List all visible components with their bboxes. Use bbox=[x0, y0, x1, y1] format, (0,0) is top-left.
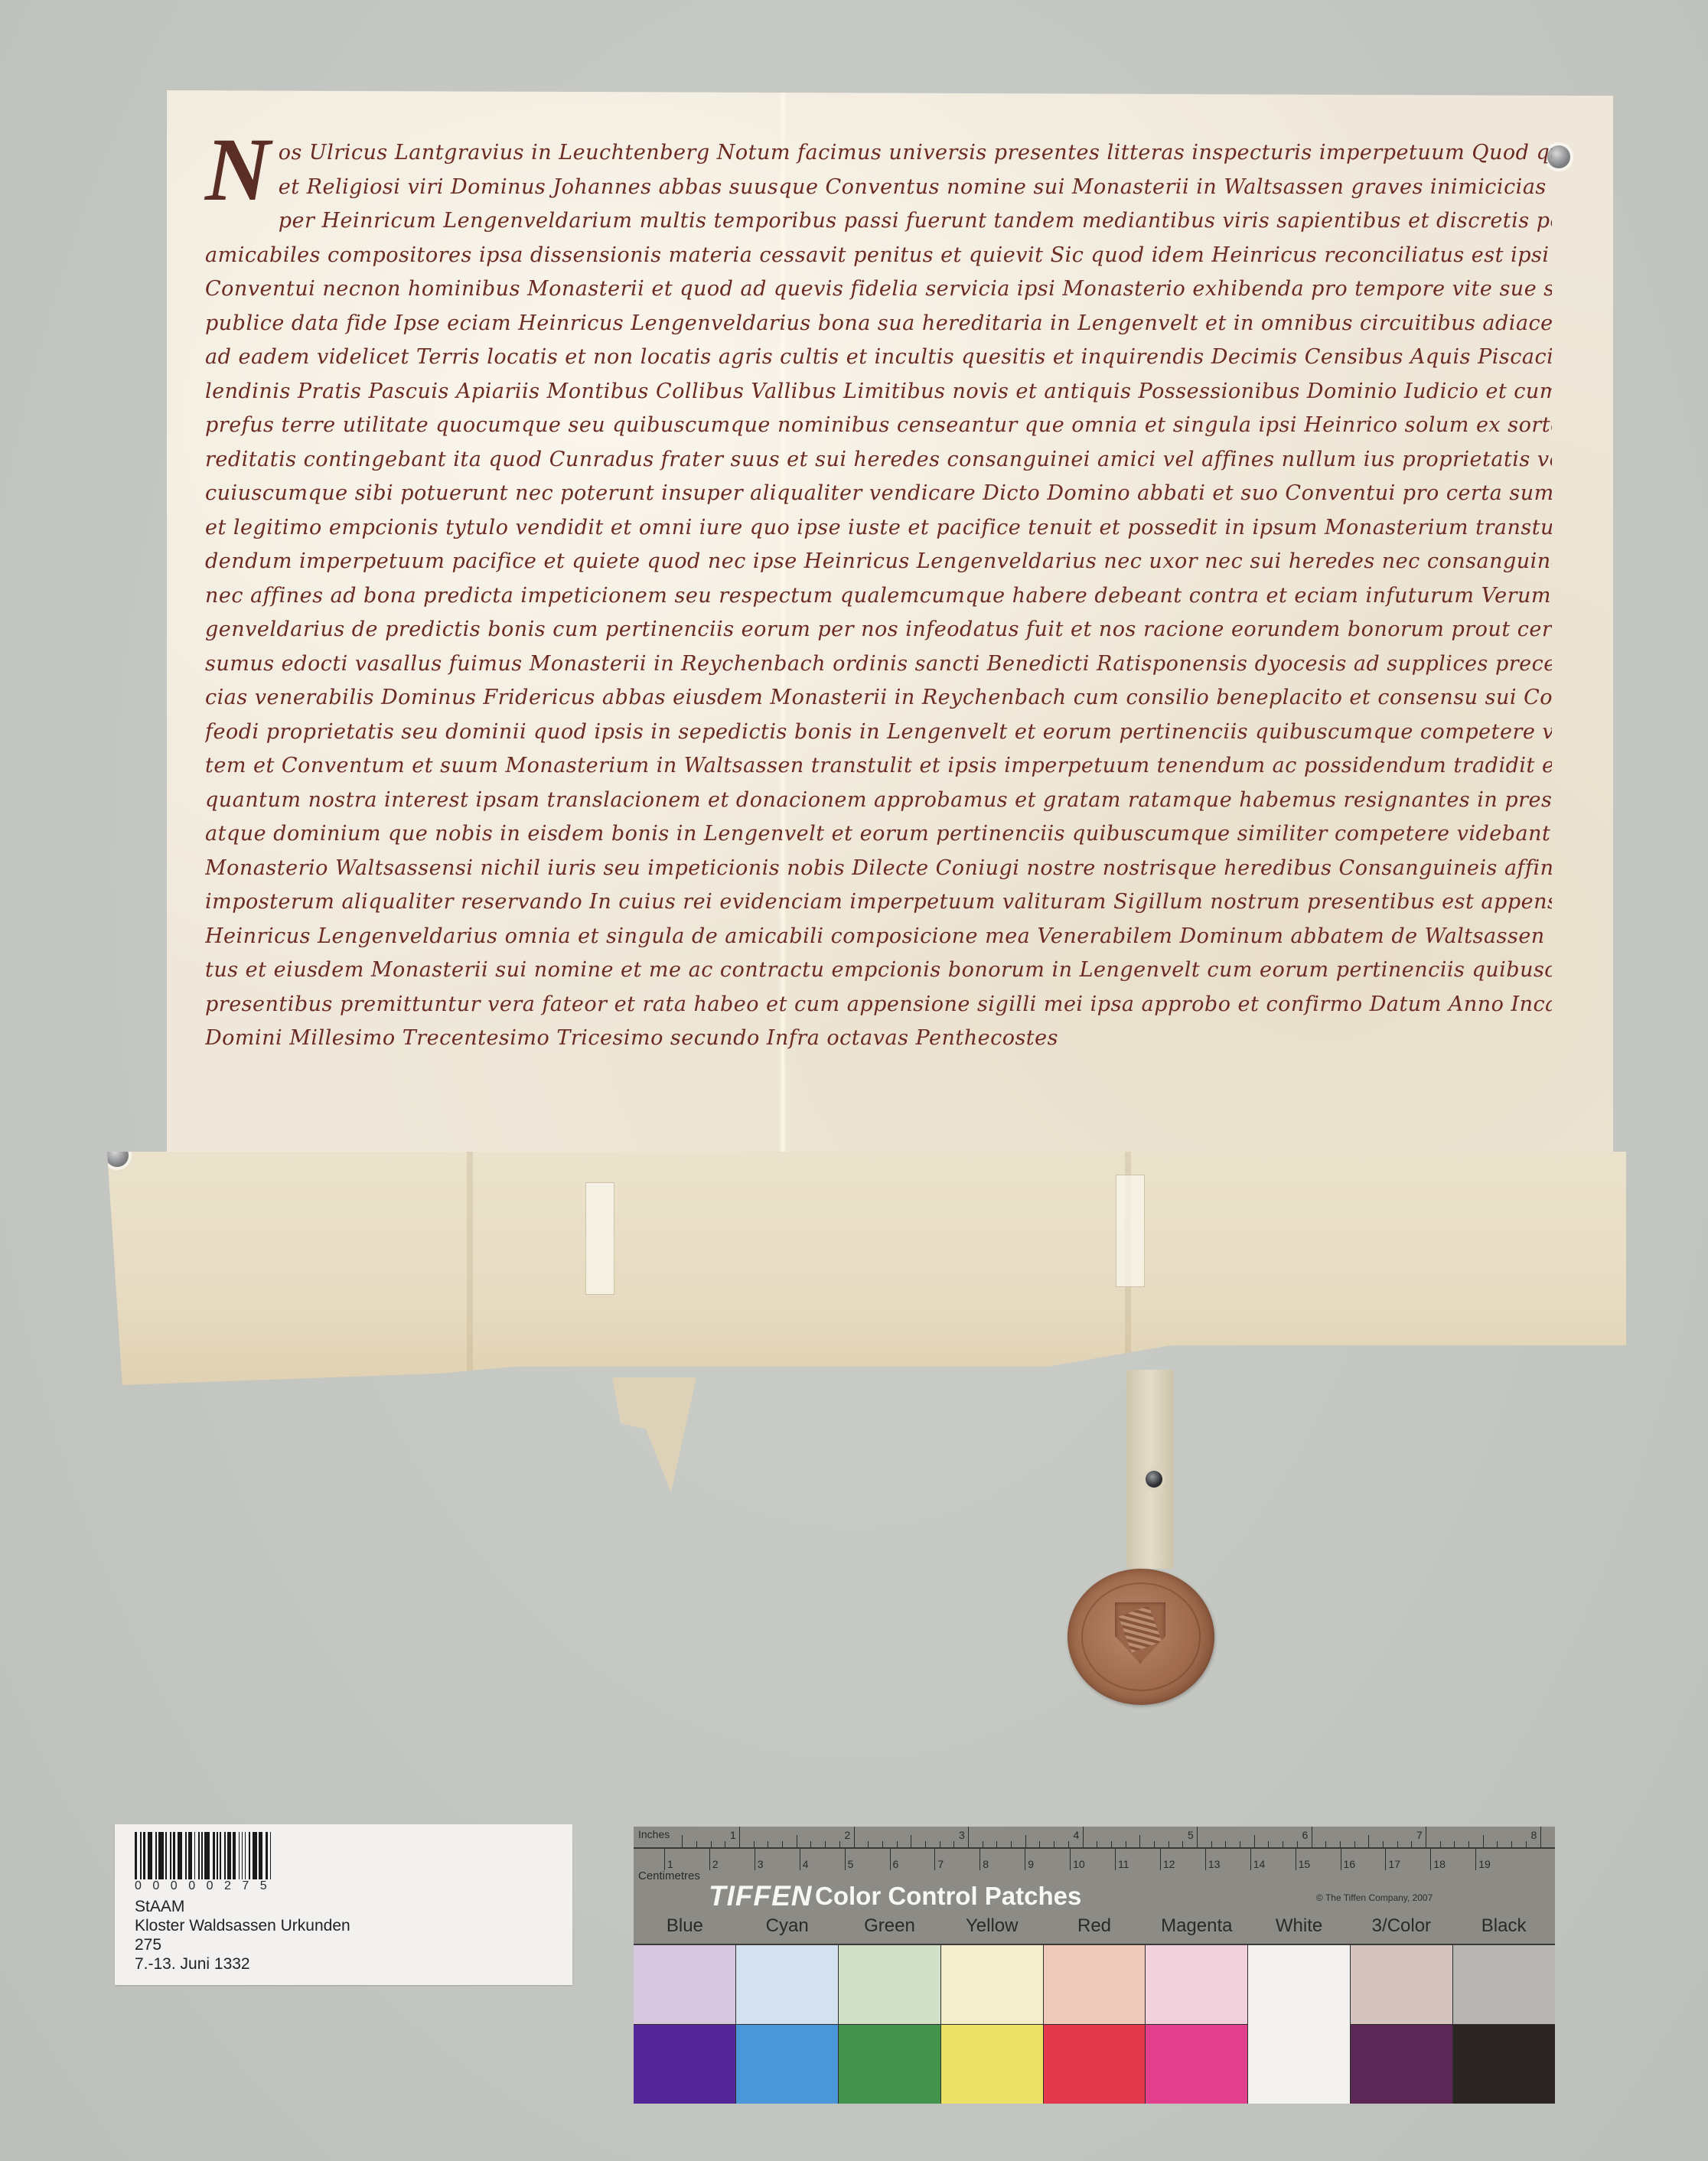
cm-tick-label: 16 bbox=[1344, 1858, 1356, 1870]
barcode-bar bbox=[224, 1832, 226, 1879]
inch-minor-tick bbox=[1468, 1841, 1469, 1847]
patch-label: 3/Color bbox=[1350, 1915, 1452, 1937]
inch-minor-tick bbox=[1011, 1841, 1012, 1847]
inch-minor-tick bbox=[1240, 1841, 1240, 1847]
barcode-bar bbox=[173, 1832, 175, 1879]
manuscript-line: prefus terre utilitate quocumque seu qui… bbox=[205, 409, 1552, 443]
inch-minor-tick bbox=[682, 1835, 683, 1847]
barcode-bar bbox=[227, 1832, 231, 1879]
manuscript-line: Domini Millesimo Trecentesimo Tricesimo … bbox=[205, 1022, 1552, 1056]
inch-tick bbox=[1312, 1827, 1312, 1847]
patch-column-black bbox=[1453, 1945, 1555, 2104]
torn-tag bbox=[612, 1377, 696, 1492]
patch-column-yellow bbox=[941, 1945, 1044, 2104]
plica-fold bbox=[107, 1152, 1626, 1385]
inches-caption: Inches bbox=[638, 1828, 670, 1840]
barcode-bar bbox=[170, 1832, 171, 1879]
manuscript-line: presentibus premittuntur vera fateor et … bbox=[205, 988, 1552, 1022]
cm-tick-label: 3 bbox=[758, 1858, 764, 1870]
inch-minor-tick bbox=[911, 1835, 911, 1847]
barcode-bar bbox=[266, 1832, 268, 1879]
inch-tick bbox=[1540, 1827, 1541, 1847]
manuscript-line: os Ulricus Lantgravius in Leuchtenberg N… bbox=[279, 136, 1552, 171]
manuscript-line: publice data fide Ipse eciam Heinricus L… bbox=[205, 307, 1552, 341]
inch-tick-label: 3 bbox=[959, 1829, 965, 1841]
barcode-bar bbox=[249, 1832, 250, 1879]
manuscript-line: Conventui necnon hominibus Monasterii et… bbox=[205, 272, 1552, 307]
inch-minor-tick bbox=[925, 1841, 926, 1847]
barcode-bar bbox=[140, 1832, 142, 1879]
plica-crease-left bbox=[467, 1152, 473, 1385]
cm-tick-label: 10 bbox=[1073, 1858, 1085, 1870]
inch-minor-tick bbox=[725, 1841, 725, 1847]
inch-minor-tick bbox=[1139, 1835, 1140, 1847]
inch-minor-tick bbox=[983, 1841, 983, 1847]
archive-name: StAAM bbox=[135, 1897, 350, 1916]
barcode-bar bbox=[213, 1832, 215, 1879]
inch-tick bbox=[968, 1827, 969, 1847]
cm-tick-label: 13 bbox=[1208, 1858, 1221, 1870]
color-patch-dark bbox=[1146, 2025, 1247, 2104]
cm-tick bbox=[1250, 1849, 1251, 1870]
patch-labels: BlueCyanGreenYellowRedMagentaWhite3/Colo… bbox=[634, 1915, 1555, 1937]
patch-label: Blue bbox=[634, 1915, 736, 1937]
cm-tick bbox=[755, 1849, 755, 1870]
inch-minor-tick bbox=[1054, 1841, 1054, 1847]
inch-tick-label: 2 bbox=[845, 1829, 851, 1841]
patch-label: Magenta bbox=[1146, 1915, 1248, 1937]
manuscript-line: Heinricus Lengenveldarius omnia et singu… bbox=[205, 920, 1552, 954]
cm-tick bbox=[1341, 1849, 1341, 1870]
manuscript-line: cuiuscumque sibi potuerunt nec poterunt … bbox=[205, 477, 1552, 511]
cm-tick bbox=[1430, 1849, 1431, 1870]
patch-label: Black bbox=[1452, 1915, 1555, 1937]
color-patch-dark bbox=[1351, 2025, 1452, 2104]
color-patch-dark bbox=[941, 2025, 1043, 2104]
manuscript-line: feodi proprietatis seu dominii quod ipsi… bbox=[205, 715, 1552, 750]
ruler-centimetres: 12345678910111213141516171819 bbox=[634, 1849, 1555, 1872]
color-patch-dark bbox=[1044, 2025, 1146, 2104]
cm-tick-label: 19 bbox=[1478, 1858, 1491, 1870]
cm-tick bbox=[845, 1849, 846, 1870]
manuscript-line: tem et Conventum et suum Monasterium in … bbox=[205, 749, 1552, 784]
inch-minor-tick bbox=[1097, 1841, 1097, 1847]
color-patch-dark bbox=[736, 2025, 838, 2104]
cm-tick-label: 9 bbox=[1028, 1858, 1034, 1870]
cm-tick-label: 14 bbox=[1253, 1858, 1266, 1870]
inch-minor-tick bbox=[1454, 1841, 1455, 1847]
color-patch-light bbox=[839, 1945, 940, 2025]
charter-parchment: N os Ulricus Lantgravius in Leuchtenberg… bbox=[167, 90, 1613, 1177]
cm-tick bbox=[1160, 1849, 1161, 1870]
strap-pin-icon bbox=[1146, 1471, 1162, 1488]
card-title: Color Control Patches bbox=[815, 1882, 1081, 1911]
manuscript-line: nec affines ad bona predicta impeticione… bbox=[205, 579, 1552, 614]
centimetres-caption: Centimetres bbox=[638, 1869, 700, 1882]
manuscript-line: reditatis contingebant ita quod Cunradus… bbox=[205, 443, 1552, 478]
inch-minor-tick bbox=[754, 1841, 755, 1847]
inch-tick-label: 5 bbox=[1188, 1829, 1194, 1841]
manuscript-line: dendum imperpetuum pacifice et quiete qu… bbox=[205, 545, 1552, 579]
inch-minor-tick bbox=[882, 1841, 883, 1847]
seal-slit-left bbox=[585, 1182, 614, 1295]
inch-tick-label: 6 bbox=[1302, 1829, 1309, 1841]
barcode-bar bbox=[143, 1832, 145, 1879]
cm-tick bbox=[890, 1849, 891, 1870]
inch-minor-tick bbox=[1126, 1841, 1126, 1847]
cm-tick-label: 11 bbox=[1118, 1858, 1129, 1870]
cm-tick bbox=[1115, 1849, 1116, 1870]
label-lines: StAAM Kloster Waldsassen Urkunden 275 7.… bbox=[135, 1897, 350, 1974]
cm-tick bbox=[1475, 1849, 1476, 1870]
manuscript-line: et legitimo empcionis tytulo vendidit et… bbox=[205, 511, 1552, 546]
inch-minor-tick bbox=[839, 1841, 840, 1847]
cm-tick bbox=[979, 1849, 980, 1870]
inch-minor-tick bbox=[1483, 1835, 1484, 1847]
seal-strap bbox=[1126, 1370, 1174, 1569]
barcode-bar bbox=[259, 1832, 262, 1879]
barcode-bar bbox=[135, 1832, 137, 1879]
inch-minor-tick bbox=[1397, 1841, 1398, 1847]
manuscript-line: atque dominium que nobis in eisdem bonis… bbox=[205, 817, 1552, 852]
barcode-bar bbox=[194, 1832, 196, 1879]
inch-tick bbox=[1083, 1827, 1084, 1847]
catalog-label: 00000275 StAAM Kloster Waldsassen Urkund… bbox=[115, 1824, 572, 1985]
barcode-bar bbox=[220, 1832, 221, 1879]
inch-minor-tick bbox=[1111, 1841, 1112, 1847]
cm-tick-label: 15 bbox=[1299, 1858, 1311, 1870]
color-patch-light bbox=[634, 1945, 735, 2025]
patch-label: Yellow bbox=[940, 1915, 1043, 1937]
inch-minor-tick bbox=[1511, 1841, 1512, 1847]
cm-tick-label: 1 bbox=[667, 1858, 673, 1870]
color-control-card: Inches 12345678 123456789101112131415161… bbox=[634, 1827, 1555, 2102]
patch-label: Green bbox=[839, 1915, 941, 1937]
inch-minor-tick bbox=[1169, 1841, 1169, 1847]
mounting-pin-left-icon bbox=[84, 145, 107, 168]
inch-minor-tick bbox=[1039, 1841, 1040, 1847]
barcode-bar bbox=[188, 1832, 192, 1879]
inch-tick bbox=[854, 1827, 855, 1847]
inch-minor-tick bbox=[1354, 1841, 1355, 1847]
barcode-bar bbox=[245, 1832, 246, 1879]
manuscript-line: ad eadem videlicet Terris locatis et non… bbox=[205, 341, 1552, 375]
mounting-pin-bottom-icon bbox=[106, 1144, 129, 1167]
color-patch-dark bbox=[1453, 2025, 1555, 2104]
patch-label: White bbox=[1248, 1915, 1351, 1937]
cm-tick bbox=[1205, 1849, 1206, 1870]
cm-tick-label: 4 bbox=[803, 1858, 809, 1870]
barcode-bar bbox=[178, 1832, 182, 1879]
inch-minor-tick bbox=[897, 1841, 898, 1847]
patch-column-3-color bbox=[1351, 1945, 1453, 2104]
inch-tick bbox=[1426, 1827, 1426, 1847]
barcode-bar bbox=[270, 1832, 272, 1879]
inch-tick-label: 1 bbox=[730, 1829, 736, 1841]
color-patch-dark bbox=[634, 2025, 735, 2104]
cm-tick bbox=[1385, 1849, 1386, 1870]
inch-minor-tick bbox=[1411, 1841, 1412, 1847]
cm-tick bbox=[934, 1849, 935, 1870]
cm-tick-label: 8 bbox=[983, 1858, 989, 1870]
inch-minor-tick bbox=[797, 1835, 797, 1847]
manuscript-line: Monasterio Waltsassensi nichil iuris seu… bbox=[205, 852, 1552, 886]
barcode-bar bbox=[204, 1832, 209, 1879]
cm-tick-label: 5 bbox=[848, 1858, 854, 1870]
color-patch-light bbox=[1351, 1945, 1452, 2025]
card-copyright: © The Tiffen Company, 2007 bbox=[1316, 1892, 1433, 1903]
barcode-bar bbox=[148, 1832, 152, 1879]
barcode-bar bbox=[239, 1832, 240, 1879]
inch-minor-tick bbox=[1340, 1841, 1341, 1847]
manuscript-line: cias venerabilis Dominus Fridericus abba… bbox=[205, 681, 1552, 715]
cm-tick-label: 6 bbox=[893, 1858, 899, 1870]
patch-column-blue bbox=[634, 1945, 736, 2104]
barcode-bar bbox=[217, 1832, 218, 1879]
document-number: 275 bbox=[135, 1935, 350, 1954]
seal-slit-right bbox=[1116, 1175, 1145, 1287]
barcode-bar bbox=[165, 1832, 167, 1879]
inch-minor-tick bbox=[1225, 1841, 1226, 1847]
inch-minor-tick bbox=[1497, 1841, 1498, 1847]
wax-seal-icon bbox=[1067, 1569, 1214, 1705]
inch-minor-tick bbox=[1268, 1841, 1269, 1847]
color-patch-light bbox=[1453, 1945, 1555, 2025]
patch-column-white bbox=[1248, 1945, 1351, 2104]
manuscript-line: genveldarius de predictis bonis cum pert… bbox=[205, 613, 1552, 647]
manuscript-line: quantum nostra interest ipsam translacio… bbox=[205, 784, 1552, 818]
ruler-inches: Inches 12345678 bbox=[634, 1827, 1555, 1849]
cm-tick bbox=[709, 1849, 710, 1870]
color-patch-light bbox=[1146, 1945, 1247, 2025]
inch-tick-label: 8 bbox=[1531, 1829, 1537, 1841]
inch-minor-tick bbox=[953, 1841, 954, 1847]
inch-minor-tick bbox=[1283, 1841, 1283, 1847]
color-patch-light bbox=[736, 1945, 838, 2025]
inch-minor-tick bbox=[1254, 1835, 1255, 1847]
inch-minor-tick bbox=[868, 1841, 869, 1847]
cm-tick-label: 7 bbox=[937, 1858, 944, 1870]
inch-minor-tick bbox=[782, 1841, 783, 1847]
barcode-bar bbox=[242, 1832, 243, 1879]
cm-tick bbox=[1025, 1849, 1025, 1870]
cm-tick bbox=[1070, 1849, 1071, 1870]
manuscript-line: tus et eiusdem Monasterii sui nomine et … bbox=[205, 953, 1552, 988]
inch-minor-tick bbox=[1068, 1841, 1069, 1847]
patch-grid bbox=[634, 1944, 1555, 2104]
manuscript-line: sumus edocti vasallus fuimus Monasterii … bbox=[205, 647, 1552, 682]
barcode-bar bbox=[201, 1832, 203, 1879]
color-patch-dark bbox=[839, 2025, 940, 2104]
collection-name: Kloster Waldsassen Urkunden bbox=[135, 1916, 350, 1935]
patch-column-green bbox=[839, 1945, 941, 2104]
manuscript-line: amicabiles compositores ipsa dissensioni… bbox=[205, 239, 1552, 273]
inch-minor-tick bbox=[1211, 1841, 1212, 1847]
inch-minor-tick bbox=[1368, 1835, 1369, 1847]
inch-tick bbox=[1197, 1827, 1198, 1847]
cm-tick-label: 2 bbox=[712, 1858, 719, 1870]
inch-minor-tick bbox=[996, 1841, 997, 1847]
charter-text: N os Ulricus Lantgravius in Leuchtenberg… bbox=[205, 136, 1552, 1056]
patch-column-red bbox=[1044, 1945, 1146, 2104]
patch-column-magenta bbox=[1146, 1945, 1248, 2104]
color-patch-light bbox=[941, 1945, 1043, 2025]
inch-minor-tick bbox=[825, 1841, 826, 1847]
color-patch-light bbox=[1044, 1945, 1146, 2025]
inch-minor-tick bbox=[940, 1841, 940, 1847]
inch-minor-tick bbox=[696, 1841, 697, 1847]
patch-column-cyan bbox=[736, 1945, 839, 2104]
inch-tick-label: 4 bbox=[1074, 1829, 1080, 1841]
manuscript-line: lendinis Pratis Pascuis Apiariis Montibu… bbox=[205, 375, 1552, 409]
inch-minor-tick bbox=[1297, 1841, 1298, 1847]
inch-minor-tick bbox=[1440, 1841, 1441, 1847]
document-date: 7.-13. Juni 1332 bbox=[135, 1954, 350, 1974]
inch-minor-tick bbox=[1383, 1841, 1384, 1847]
cm-tick bbox=[664, 1849, 665, 1870]
barcode-bar bbox=[155, 1832, 157, 1879]
cm-tick bbox=[800, 1849, 800, 1870]
manuscript-line: imposterum aliqualiter reservando In cui… bbox=[205, 885, 1552, 920]
decorated-initial: N bbox=[205, 132, 271, 208]
barcode-bar bbox=[158, 1832, 163, 1879]
inch-minor-tick bbox=[810, 1841, 811, 1847]
inch-minor-tick bbox=[1325, 1841, 1326, 1847]
inch-minor-tick bbox=[1025, 1835, 1026, 1847]
inch-minor-tick bbox=[768, 1841, 768, 1847]
barcode-bar bbox=[198, 1832, 200, 1879]
barcode-bar bbox=[233, 1832, 235, 1879]
barcode-icon bbox=[135, 1832, 273, 1879]
barcode-bar bbox=[185, 1832, 187, 1879]
inch-minor-tick bbox=[1526, 1841, 1527, 1847]
inch-minor-tick bbox=[1182, 1841, 1183, 1847]
inch-minor-tick bbox=[711, 1841, 712, 1847]
tiffen-logo: TIFFEN bbox=[709, 1880, 812, 1912]
barcode-bar bbox=[253, 1832, 257, 1879]
manuscript-line: per Heinricum Lengenveldarium multis tem… bbox=[279, 204, 1552, 239]
barcode-number: 00000275 bbox=[135, 1879, 278, 1893]
patch-label: Cyan bbox=[736, 1915, 839, 1937]
cm-tick-label: 12 bbox=[1163, 1858, 1175, 1870]
inch-minor-tick bbox=[1154, 1841, 1155, 1847]
inch-tick bbox=[739, 1827, 740, 1847]
cm-tick bbox=[1296, 1849, 1296, 1870]
inch-tick-label: 7 bbox=[1416, 1829, 1423, 1841]
cm-tick-label: 17 bbox=[1388, 1858, 1400, 1870]
manuscript-line: et Religiosi viri Dominus Johannes abbas… bbox=[279, 171, 1552, 205]
cm-tick-label: 18 bbox=[1433, 1858, 1446, 1870]
manuscript-lines: os Ulricus Lantgravius in Leuchtenberg N… bbox=[205, 136, 1552, 1056]
patch-label: Red bbox=[1043, 1915, 1146, 1937]
color-patch bbox=[1248, 1945, 1350, 2104]
